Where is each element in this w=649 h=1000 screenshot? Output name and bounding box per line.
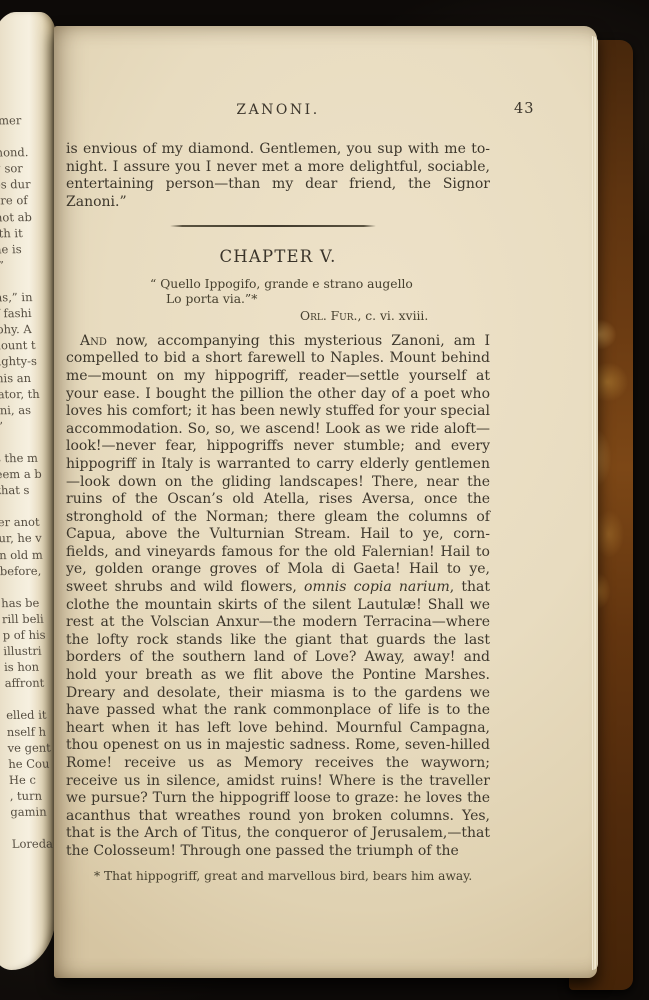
left-page-text-line: n old m — [0, 546, 52, 563]
left-page-text-line: ons,” in — [0, 289, 40, 306]
latin-phrase: omnis copia narium — [304, 579, 450, 595]
left-page-text-line: er anot — [0, 514, 50, 531]
epigraph-line-2: Lo porta via.”* — [166, 292, 490, 307]
left-page-text-line: t he is — [0, 241, 38, 258]
left-page-text-line: ve gent — [7, 739, 60, 756]
left-page-text-line: he Cou — [8, 755, 61, 772]
left-page-text-line: a not ab — [0, 209, 37, 226]
epigraph-source: Orl. Fur., — [300, 309, 361, 323]
left-page-text-line: rill beli — [2, 611, 55, 628]
paragraph-text: now, accompanying this mysterious Zanoni… — [66, 333, 490, 595]
book-photo-scene: he mer iamond.ing sormes durware ofa not… — [0, 0, 649, 1000]
left-page-text-line — [5, 691, 58, 708]
left-page-text-line: p of his — [2, 627, 55, 644]
paragraph-lead-word: And — [80, 333, 107, 349]
chapter-epigraph: “ Quello Ippogifo, grande e strano augel… — [66, 277, 490, 323]
paragraph-text-continued: , that clothe the mountain skirts of the… — [66, 579, 490, 859]
left-page-edge: he mer iamond.ing sormes durware ofa not… — [0, 12, 56, 970]
left-page-text-line: eighty-s — [0, 353, 43, 370]
epigraph-line-1: “ Quello Ippogifo, grande e strano augel… — [150, 277, 490, 292]
left-page-text-line: rator, th — [0, 385, 45, 402]
left-page-text-line: ur, he v — [0, 530, 51, 547]
left-page-text-line: mes dur — [0, 176, 35, 193]
footnote: * That hippogriff, great and marvellous … — [94, 869, 490, 884]
left-page-text-line: oni, as — [0, 402, 45, 419]
left-page-text-line: s the m — [0, 450, 47, 467]
left-page-text-line: has be — [1, 594, 54, 611]
left-page-text-line — [0, 434, 47, 451]
left-page-text-line: —” — [0, 257, 39, 274]
left-page-text-line: .” — [0, 418, 46, 435]
epigraph-reference: c. vi. xviii. — [361, 309, 428, 323]
chapter-heading: CHAPTER V. — [66, 247, 490, 266]
left-page-text-line: nself h — [7, 723, 60, 740]
left-page-text-line: elled it — [6, 707, 59, 724]
left-page-text-line — [0, 578, 53, 595]
left-page-text-line: ware of — [0, 193, 36, 210]
left-page-text-line — [0, 128, 33, 145]
left-page-text-line: with it — [0, 225, 37, 242]
left-page-text-line: before, — [0, 562, 52, 579]
left-page-text-line: ing sor — [0, 160, 35, 177]
left-page-text-line: illustri — [3, 643, 56, 660]
left-page-text-line: iamond. — [0, 144, 34, 161]
left-page-text-line: this an — [0, 369, 44, 386]
left-page-text-line: ophy. A — [0, 321, 42, 338]
left-page-text-line: is hon — [4, 659, 57, 676]
continued-paragraph: is envious of my diamond. Gentlemen, you… — [66, 141, 490, 211]
epigraph-attribution: Orl. Fur., c. vi. xviii. — [300, 309, 490, 324]
left-page-text-line: affront — [4, 675, 57, 692]
section-divider — [170, 225, 376, 227]
book-page: ZANONI. 43 is envious of my diamond. Gen… — [54, 26, 597, 978]
left-page-text-line: eem a b — [0, 466, 48, 483]
page-number: 43 — [514, 100, 534, 118]
page-content: ZANONI. 43 is envious of my diamond. Gen… — [66, 26, 490, 884]
left-page-text-line — [0, 498, 49, 515]
left-page-text-line: mount t — [0, 337, 42, 354]
page-stack-edge — [592, 36, 598, 970]
chapter-body-paragraph: And now, accompanying this mysterious Za… — [66, 333, 490, 861]
running-header: ZANONI. — [236, 102, 319, 118]
left-page-text-line: he mer — [0, 112, 33, 129]
left-page-text-line — [0, 273, 40, 290]
page-header: ZANONI. 43 — [66, 100, 490, 118]
left-page-text-line: of fashi — [0, 305, 41, 322]
left-page-text-line: that s — [0, 482, 49, 499]
